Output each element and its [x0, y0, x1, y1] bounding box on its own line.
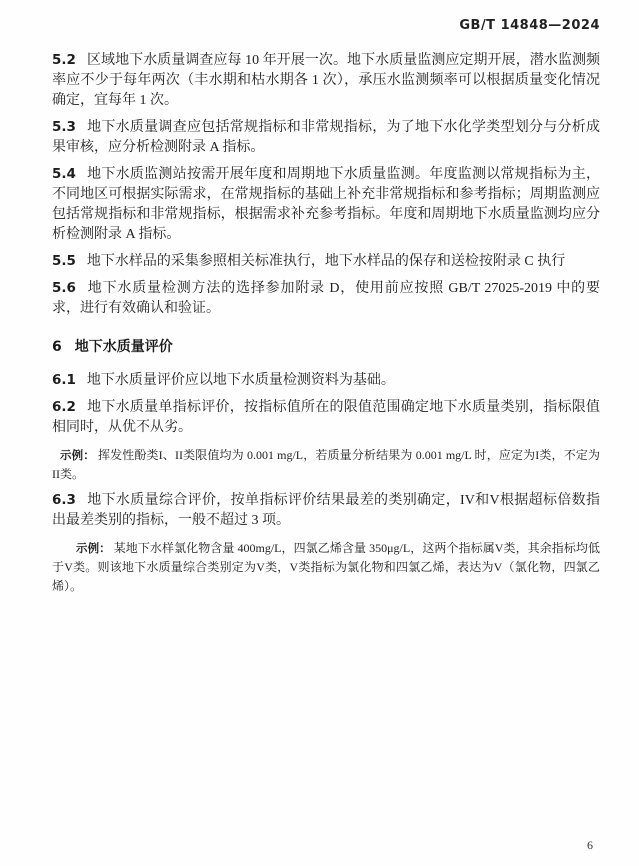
- clause-number: 6.3: [52, 492, 76, 508]
- clause-number: 6.2: [52, 399, 76, 415]
- clause-5-6: 5.6地下水质量检测方法的选择参加附录 D，使用前应按照 GB/T 27025-…: [52, 278, 600, 319]
- clause-number: 5.6: [52, 280, 76, 296]
- example-label: 示例：: [60, 448, 95, 462]
- clause-text: 地下水质量评价应以地下水质量检测资料为基础。: [87, 373, 395, 388]
- clause-text: 地下水质量单指标评价，按指标值所在的限值范围确定地下水质量类别，指标限值相同时，…: [52, 400, 600, 435]
- clause-6-1: 6.1地下水质量评价应以地下水质量检测资料为基础。: [52, 370, 600, 391]
- clause-text: 地下水质监测站按需开展年度和周期地下水质量监测。年度监测以常规指标为主，不同地区…: [52, 167, 600, 242]
- section-number: 6: [52, 339, 62, 355]
- clause-text: 地下水样品的采集参照相关标准执行，地下水样品的保存和送检按附录 C 执行: [87, 254, 565, 269]
- example-label: 示例：: [76, 541, 111, 555]
- clause-6-2: 6.2地下水质量单指标评价，按指标值所在的限值范围确定地下水质量类别，指标限值相…: [52, 397, 600, 438]
- section-title: 地下水质量评价: [75, 339, 173, 355]
- clause-5-3: 5.3地下水质量调查应包括常规指标和非常规指标，为了地下水化学类型划分与分析成果…: [52, 117, 600, 158]
- clause-number: 6.1: [52, 372, 76, 388]
- clause-text: 区域地下水质量调查应每 10 年开展一次。地下水质量监测应定期开展，潜水监测频率…: [52, 53, 600, 108]
- document-page: GB/T 14848—2024 5.2区域地下水质量调查应每 10 年开展一次。…: [0, 0, 639, 866]
- clause-text: 地下水质量检测方法的选择参加附录 D，使用前应按照 GB/T 27025-201…: [52, 281, 600, 316]
- section-6-heading: 6地下水质量评价: [52, 337, 600, 357]
- standard-code-header: GB/T 14848—2024: [52, 18, 600, 34]
- example-text: 挥发性酚类I、II类限值均为 0.001 mg/L，若质量分析结果为 0.001…: [52, 448, 600, 481]
- clause-number: 5.2: [52, 52, 76, 68]
- clause-6-3: 6.3地下水质量综合评价，按单指标评价结果最差的类别确定，IV和V根据超标倍数指…: [52, 490, 600, 531]
- example-text: 某地下水样氯化物含量 400mg/L，四氯乙烯含量 350μg/L，这两个指标属…: [52, 541, 600, 593]
- clause-text: 地下水质量调查应包括常规指标和非常规指标，为了地下水化学类型划分与分析成果审核，…: [52, 120, 600, 155]
- clause-text: 地下水质量综合评价，按单指标评价结果最差的类别确定，IV和V根据超标倍数指出最差…: [52, 493, 600, 528]
- example-6-3: 示例：某地下水样氯化物含量 400mg/L，四氯乙烯含量 350μg/L，这两个…: [52, 539, 600, 596]
- page-content: GB/T 14848—2024 5.2区域地下水质量调查应每 10 年开展一次。…: [0, 0, 639, 596]
- clause-number: 5.3: [52, 119, 76, 135]
- clause-5-2: 5.2区域地下水质量调查应每 10 年开展一次。地下水质量监测应定期开展，潜水监…: [52, 50, 600, 111]
- clause-number: 5.4: [52, 166, 76, 182]
- clause-5-5: 5.5地下水样品的采集参照相关标准执行，地下水样品的保存和送检按附录 C 执行: [52, 251, 600, 272]
- clause-number: 5.5: [52, 253, 76, 269]
- clause-5-4: 5.4地下水质监测站按需开展年度和周期地下水质量监测。年度监测以常规指标为主，不…: [52, 164, 600, 245]
- example-6-2: 示例：挥发性酚类I、II类限值均为 0.001 mg/L，若质量分析结果为 0.…: [52, 446, 600, 484]
- page-number: 6: [587, 838, 593, 853]
